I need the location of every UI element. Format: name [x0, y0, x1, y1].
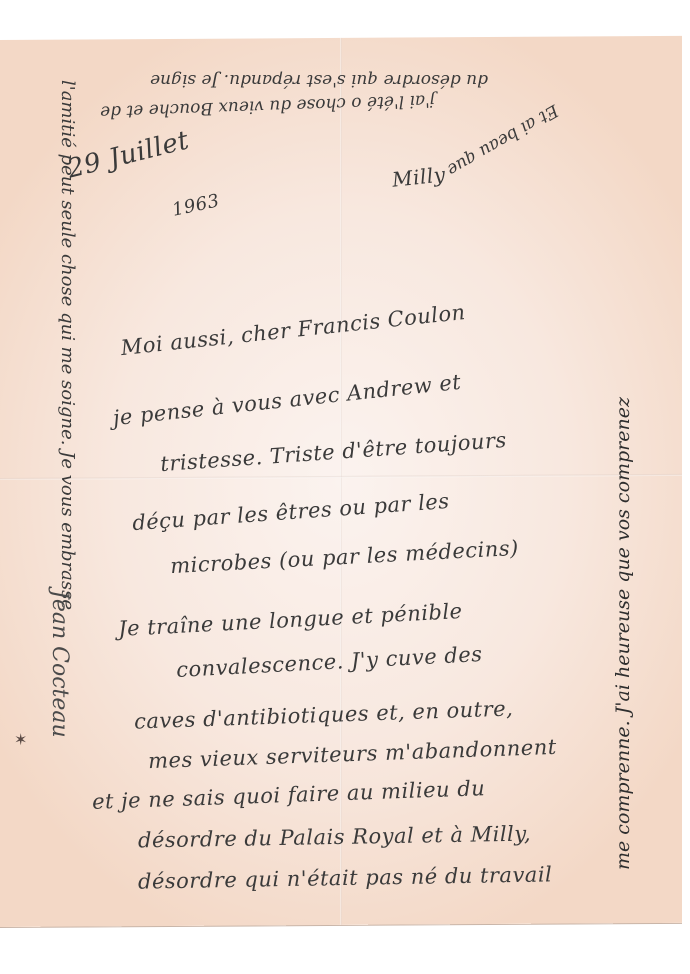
left-margin-text: l'amitié peut seule chose qui me soigne.…	[57, 80, 78, 610]
right-margin-text: me comprenne. J'ai heureuse que vos comp…	[612, 397, 634, 870]
signature-star-icon: ✶	[14, 730, 27, 749]
scan-canvas: du désordre qui s'est répandu. Je signe …	[0, 0, 690, 974]
signature: Jean Cocteau	[47, 590, 72, 738]
top-inverted-line-1: du désordre qui s'est répandu. Je signe	[150, 70, 488, 90]
